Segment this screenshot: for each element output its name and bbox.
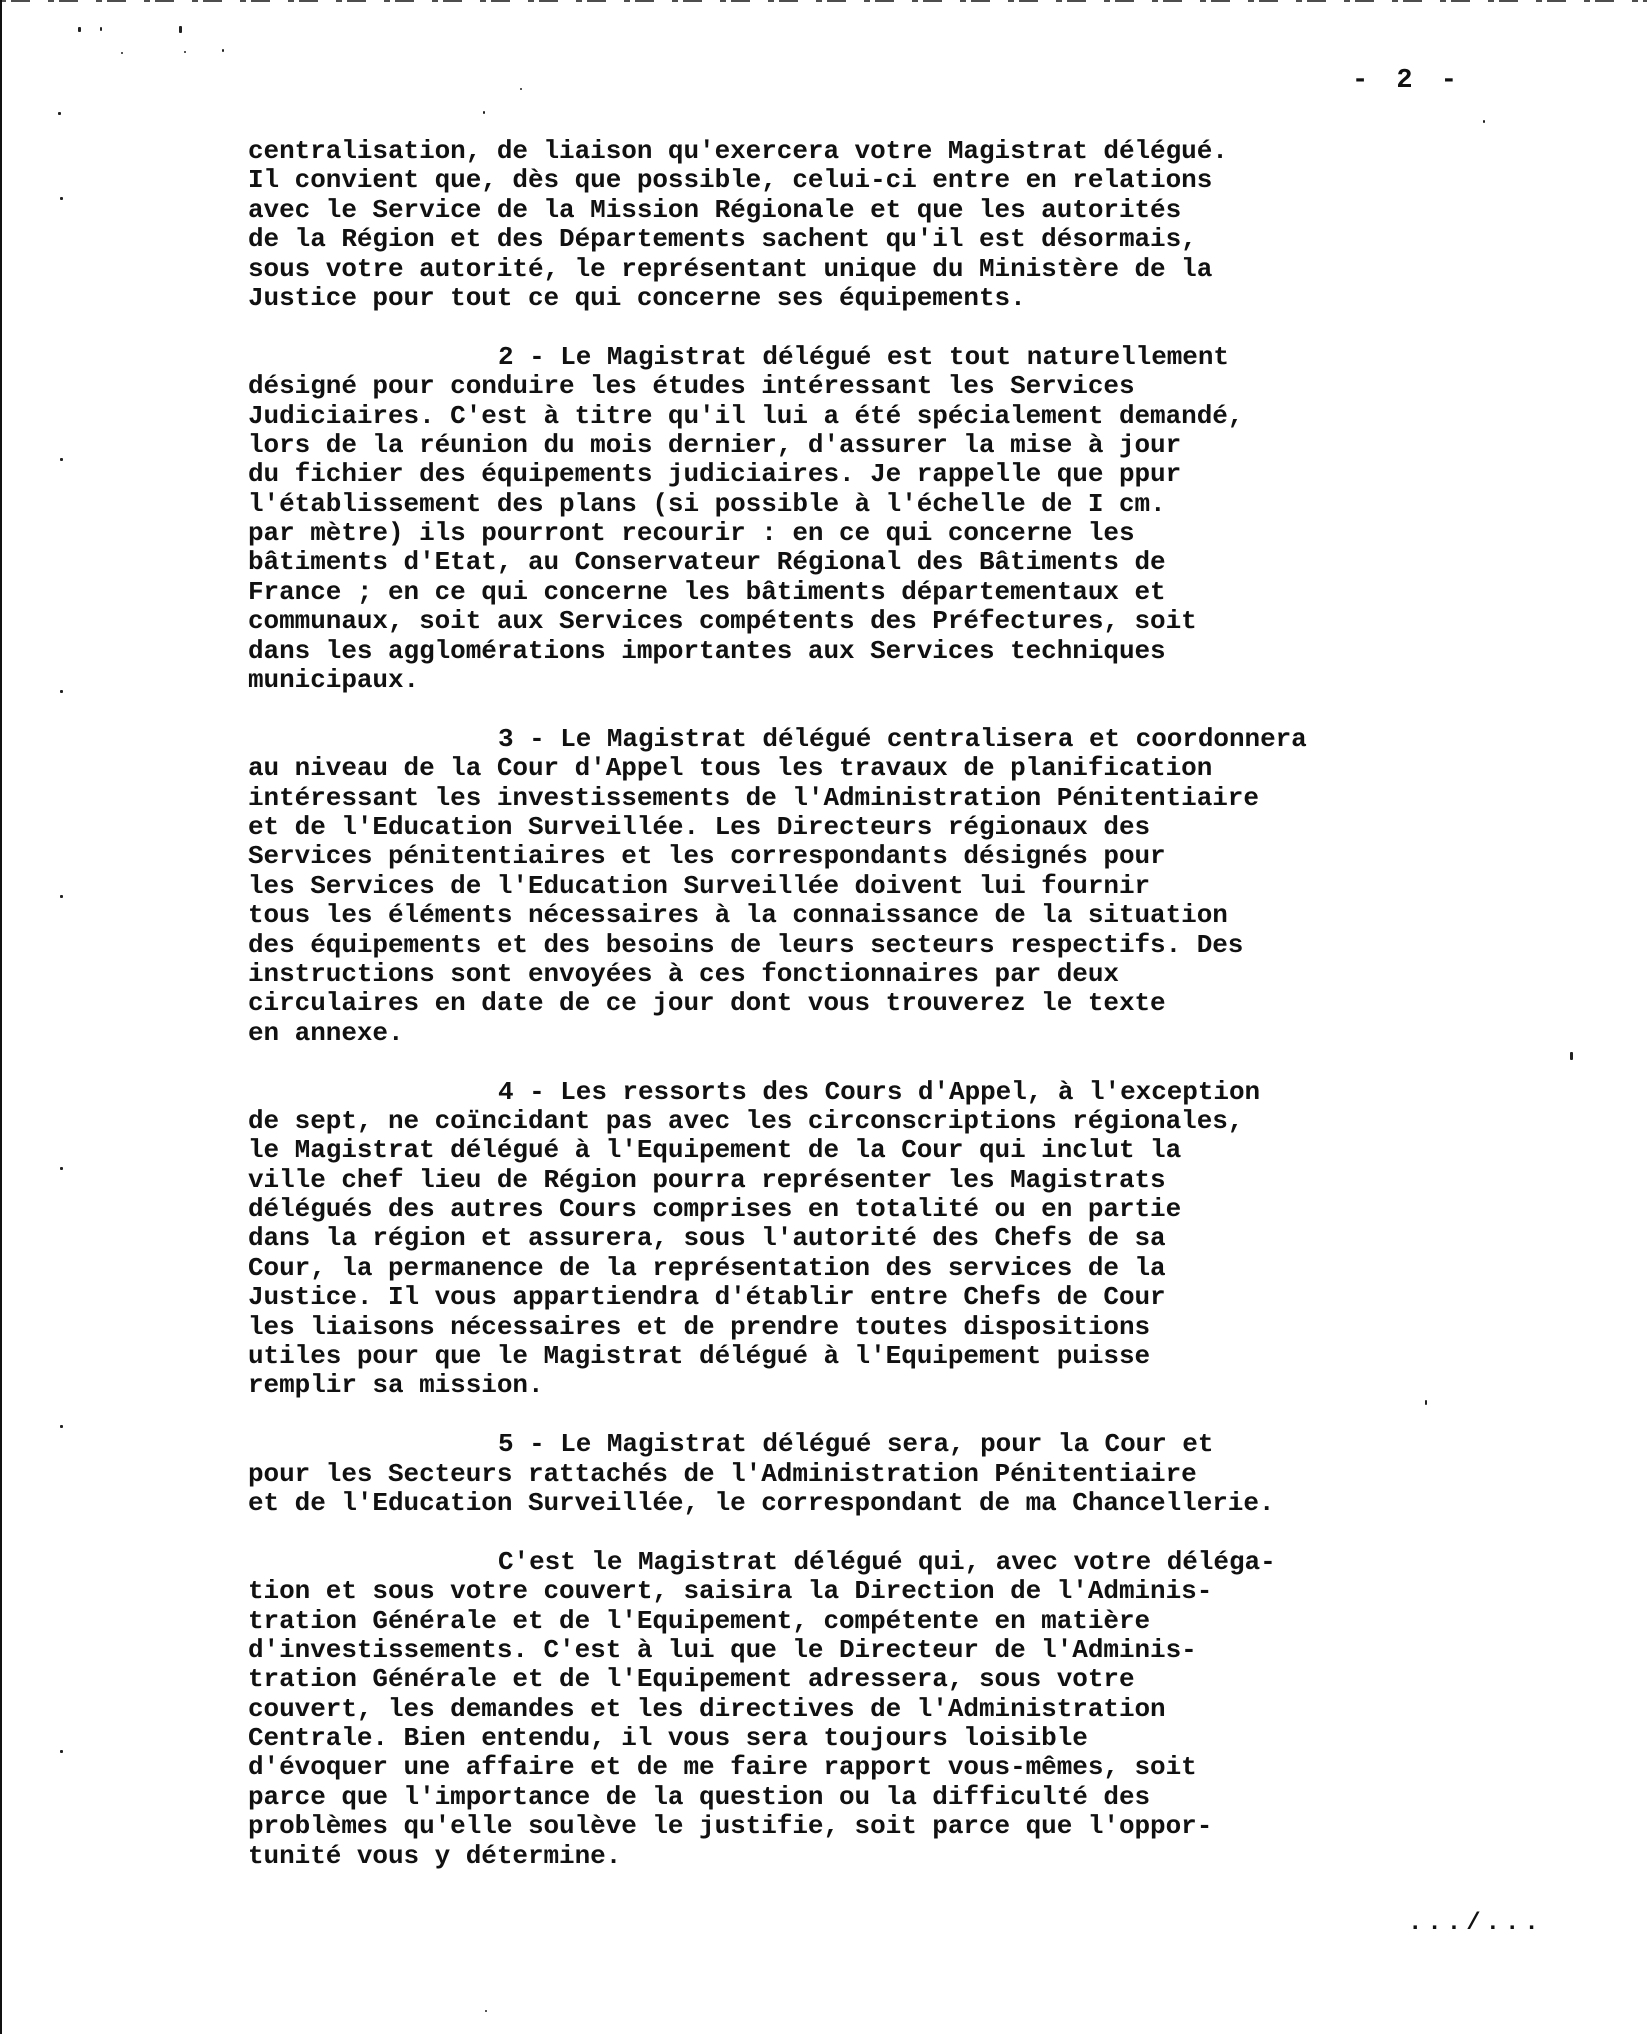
text-line: délégués des autres Cours comprises en t…	[248, 1195, 1628, 1224]
text-line: ville chef lieu de Région pourra représe…	[248, 1166, 1628, 1195]
text-line: sous votre autorité, le représentant uni…	[248, 255, 1628, 284]
scan-border-top	[0, 0, 1647, 2]
text-line: d'évoquer une affaire et de me faire rap…	[248, 1753, 1628, 1782]
text-line: intéressant les investissements de l'Adm…	[248, 784, 1628, 813]
text-line: 4 - Les ressorts des Cours d'Appel, à l'…	[248, 1078, 1628, 1107]
continuation-mark: .../...	[1408, 1910, 1544, 1937]
text-line: instructions sont envoyées à ces fonctio…	[248, 960, 1628, 989]
text-line: Il convient que, dès que possible, celui…	[248, 166, 1628, 195]
text-line: le Magistrat délégué à l'Equipement de l…	[248, 1136, 1628, 1165]
text-line: pour les Secteurs rattachés de l'Adminis…	[248, 1460, 1628, 1489]
text-line: du fichier des équipements judiciaires. …	[248, 460, 1628, 489]
text-line: au niveau de la Cour d'Appel tous les tr…	[248, 754, 1628, 783]
text-line: parce que l'importance de la question ou…	[248, 1783, 1628, 1812]
text-line: de la Région et des Départements sachent…	[248, 225, 1628, 254]
paragraph-point-4: 4 - Les ressorts des Cours d'Appel, à l'…	[248, 1078, 1628, 1401]
text-line: circulaires en date de ce jour dont vous…	[248, 989, 1628, 1018]
text-line: tration Générale et de l'Equipement, com…	[248, 1607, 1628, 1636]
text-line: par mètre) ils pourront recourir : en ce…	[248, 519, 1628, 548]
text-line: Judiciaires. C'est à titre qu'il lui a é…	[248, 402, 1628, 431]
text-line: l'établissement des plans (si possible à…	[248, 490, 1628, 519]
text-line: des équipements et des besoins de leurs …	[248, 931, 1628, 960]
text-line: Justice pour tout ce qui concerne ses éq…	[248, 284, 1628, 313]
text-line: d'investissements. C'est à lui que le Di…	[248, 1636, 1628, 1665]
text-line: en annexe.	[248, 1019, 1628, 1048]
text-line: de sept, ne coïncidant pas avec les circ…	[248, 1107, 1628, 1136]
text-line: désigné pour conduire les études intéres…	[248, 372, 1628, 401]
text-line: communaux, soit aux Services compétents …	[248, 607, 1628, 636]
text-line: tunité vous y détermine.	[248, 1842, 1628, 1871]
paragraph-closing: C'est le Magistrat délégué qui, avec vot…	[248, 1548, 1628, 1871]
text-line: tous les éléments nécessaires à la conna…	[248, 901, 1628, 930]
text-line: centralisation, de liaison qu'exercera v…	[248, 137, 1628, 166]
text-line: couvert, les demandes et les directives …	[248, 1695, 1628, 1724]
text-line: dans les agglomérations importantes aux …	[248, 637, 1628, 666]
text-line: utiles pour que le Magistrat délégué à l…	[248, 1342, 1628, 1371]
text-line: tration Générale et de l'Equipement adre…	[248, 1665, 1628, 1694]
text-line: avec le Service de la Mission Régionale …	[248, 196, 1628, 225]
text-line: lors de la réunion du mois dernier, d'as…	[248, 431, 1628, 460]
text-line: Centrale. Bien entendu, il vous sera tou…	[248, 1724, 1628, 1753]
text-line: dans la région et assurera, sous l'autor…	[248, 1224, 1628, 1253]
paragraph-intro-continuation: centralisation, de liaison qu'exercera v…	[248, 137, 1628, 313]
text-line: 2 - Le Magistrat délégué est tout nature…	[248, 343, 1628, 372]
page-number: - 2 -	[1352, 66, 1463, 96]
text-line: les Services de l'Education Surveillée d…	[248, 872, 1628, 901]
text-line: municipaux.	[248, 666, 1628, 695]
text-line: Services pénitentiaires et les correspon…	[248, 842, 1628, 871]
paragraph-point-2: 2 - Le Magistrat délégué est tout nature…	[248, 343, 1628, 696]
text-line: et de l'Education Surveillée, le corresp…	[248, 1489, 1628, 1518]
text-line: problèmes qu'elle soulève le justifie, s…	[248, 1812, 1628, 1841]
text-line: France ; en ce qui concerne les bâtiment…	[248, 578, 1628, 607]
text-line: 5 - Le Magistrat délégué sera, pour la C…	[248, 1430, 1628, 1459]
text-line: Cour, la permanence de la représentation…	[248, 1254, 1628, 1283]
text-line: 3 - Le Magistrat délégué centralisera et…	[248, 725, 1628, 754]
scan-border-left	[0, 0, 2, 2034]
text-line: les liaisons nécessaires et de prendre t…	[248, 1313, 1628, 1342]
text-line: remplir sa mission.	[248, 1371, 1628, 1400]
text-line: et de l'Education Surveillée. Les Direct…	[248, 813, 1628, 842]
document-body: centralisation, de liaison qu'exercera v…	[248, 137, 1628, 1900]
paragraph-point-5: 5 - Le Magistrat délégué sera, pour la C…	[248, 1430, 1628, 1518]
text-line: Justice. Il vous appartiendra d'établir …	[248, 1283, 1628, 1312]
text-line: C'est le Magistrat délégué qui, avec vot…	[248, 1548, 1628, 1577]
text-line: tion et sous votre couvert, saisira la D…	[248, 1577, 1628, 1606]
text-line: bâtiments d'Etat, au Conservateur Région…	[248, 548, 1628, 577]
paragraph-point-3: 3 - Le Magistrat délégué centralisera et…	[248, 725, 1628, 1048]
